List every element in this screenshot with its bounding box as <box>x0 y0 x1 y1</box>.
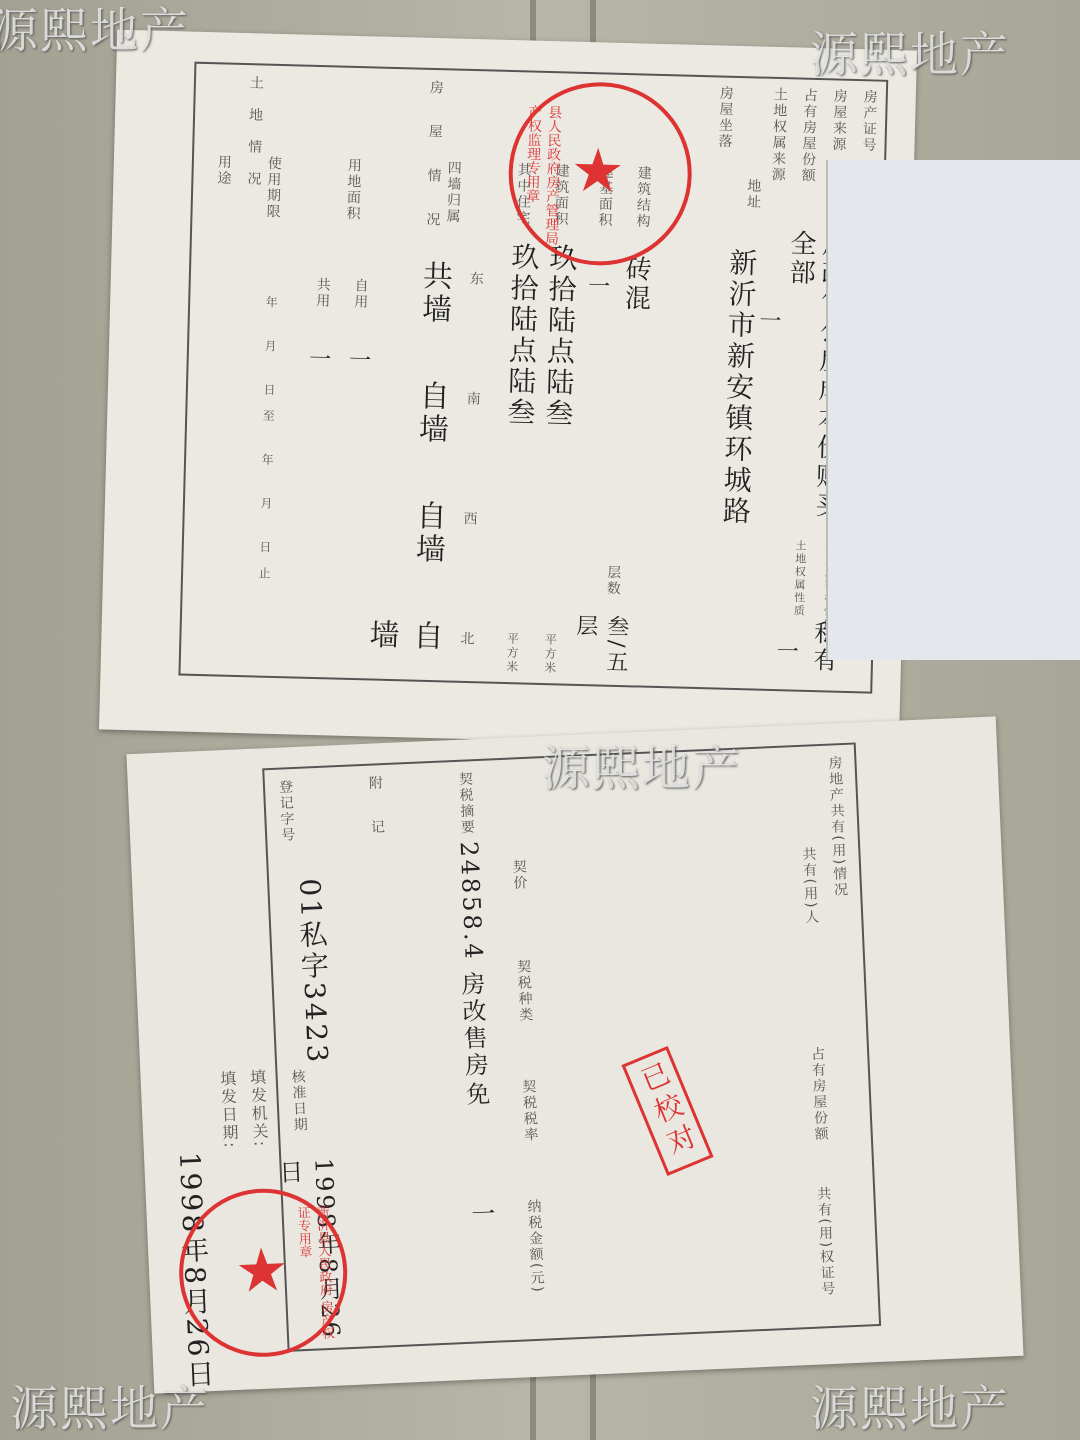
reg-no-label: 登记字号 <box>275 779 298 844</box>
issuer-label: 填发机关: <box>245 1068 271 1148</box>
label-address: 地址 <box>743 178 764 211</box>
reg-no-value: 01私字3423 <box>289 878 337 1066</box>
value-west-wall: 自墙 <box>404 499 450 566</box>
value-shared-use: 一 <box>302 347 334 373</box>
value-floors: 叁/五层 <box>568 614 632 686</box>
label-boundary: 四墙归属 <box>442 160 464 225</box>
coowner-col-share: 占有房屋份额 <box>807 1046 831 1143</box>
label-cert-no: 房产证号 <box>858 89 880 154</box>
tax-value-amount: 一 <box>463 1200 499 1229</box>
watermark: 源熙地产 <box>0 0 190 61</box>
value-self-use: 一 <box>342 348 374 374</box>
label-sqm: 平方米 <box>542 633 560 675</box>
label-shared-use: 共用 <box>312 277 333 310</box>
tax-value-price: 24858.4 <box>455 841 488 962</box>
tax-col-rate: 契税税率 <box>518 1079 541 1144</box>
label-land-source: 土地权属来源 <box>768 87 791 183</box>
label-share: 占有房屋份额 <box>798 88 821 184</box>
watermark: 源熙地产 <box>542 730 742 799</box>
star-icon: ★ <box>570 141 625 202</box>
label-west: 西 <box>459 511 479 528</box>
tax-value-rate: 免 <box>458 1081 494 1110</box>
label-floors: 层数 <box>603 565 624 598</box>
value-share: 全部 <box>782 229 821 288</box>
tax-title: 契税摘要 <box>455 771 478 836</box>
label-land-area: 用地面积 <box>342 158 364 223</box>
coowner-col-cert: 共有(用)权证号 <box>813 1186 838 1298</box>
value-east-wall: 共墙 <box>411 259 457 326</box>
coowner-title: 房地产共有(用)情况 <box>824 755 850 899</box>
label-self-use: 自用 <box>350 278 371 311</box>
tax-col-type: 契税种类 <box>513 959 536 1024</box>
value-north-wall: 自墙 <box>357 618 447 680</box>
seal-text: 县人民政府房产管理局 产权监理专用章 <box>520 104 564 260</box>
watermark: 源熙地产 <box>810 16 1010 85</box>
section-land: 土地情况 <box>243 75 266 203</box>
value-south-wall: 自墙 <box>408 379 454 446</box>
label-east: 东 <box>466 271 486 288</box>
section-house: 房屋情况 <box>421 80 446 256</box>
value-residential-area: 玖拾陆点陆叁 <box>499 242 544 429</box>
tax-value-type: 房改售房 <box>453 971 493 1080</box>
bottom-page-table: 房地产共有(用)情况 共有(用)人 占有房屋份额 共有(用)权证号 契税摘要 契… <box>262 742 881 1351</box>
label-land-type: 土地权属性质 <box>790 539 808 617</box>
value-address: 新沂市新安镇环城路 <box>714 248 761 528</box>
label-location: 房屋坐落 <box>714 85 736 150</box>
label-south: 南 <box>463 391 483 408</box>
label-house-source: 房屋来源 <box>828 88 850 153</box>
star-icon: ★ <box>234 1240 290 1302</box>
watermark: 源熙地产 <box>10 1370 210 1439</box>
approve-date-label: 核准日期 <box>287 1069 310 1134</box>
plastic-sleeve-insert <box>826 160 1080 660</box>
issue-date-label: 填发日期: <box>215 1070 241 1150</box>
label-north: 北 <box>456 631 476 648</box>
certificate-bottom-page: 房地产共有(用)情况 共有(用)人 占有房屋份额 共有(用)权证号 契税摘要 契… <box>126 716 1023 1393</box>
tax-col-price: 契价 <box>508 859 529 892</box>
tax-col-amount: 纳税金额(元) <box>523 1199 547 1295</box>
seal-text: 新沂县人民政府 房产权证专用章 <box>292 1205 336 1352</box>
certificate-top-page: 房产证号 房屋来源 占有房屋份额 土地权属来源 4022P670125001 房… <box>99 30 917 751</box>
value-base-area: 一 <box>581 274 613 300</box>
value-term: 年 月 日至 年 月 日止 <box>256 296 281 593</box>
value-building-area: 玖拾陆点陆叁 <box>537 243 582 430</box>
value-land-type: 一 <box>770 639 802 665</box>
value-structure: 砖混 <box>617 255 656 314</box>
remark-label: 附记 <box>365 775 389 864</box>
label-term: 使用期限 <box>262 156 284 221</box>
label-use: 用途 <box>213 154 234 187</box>
label-sqm: 平方米 <box>504 632 522 674</box>
watermark: 源熙地产 <box>810 1370 1010 1439</box>
coowner-col-name: 共有(用)人 <box>798 846 821 926</box>
